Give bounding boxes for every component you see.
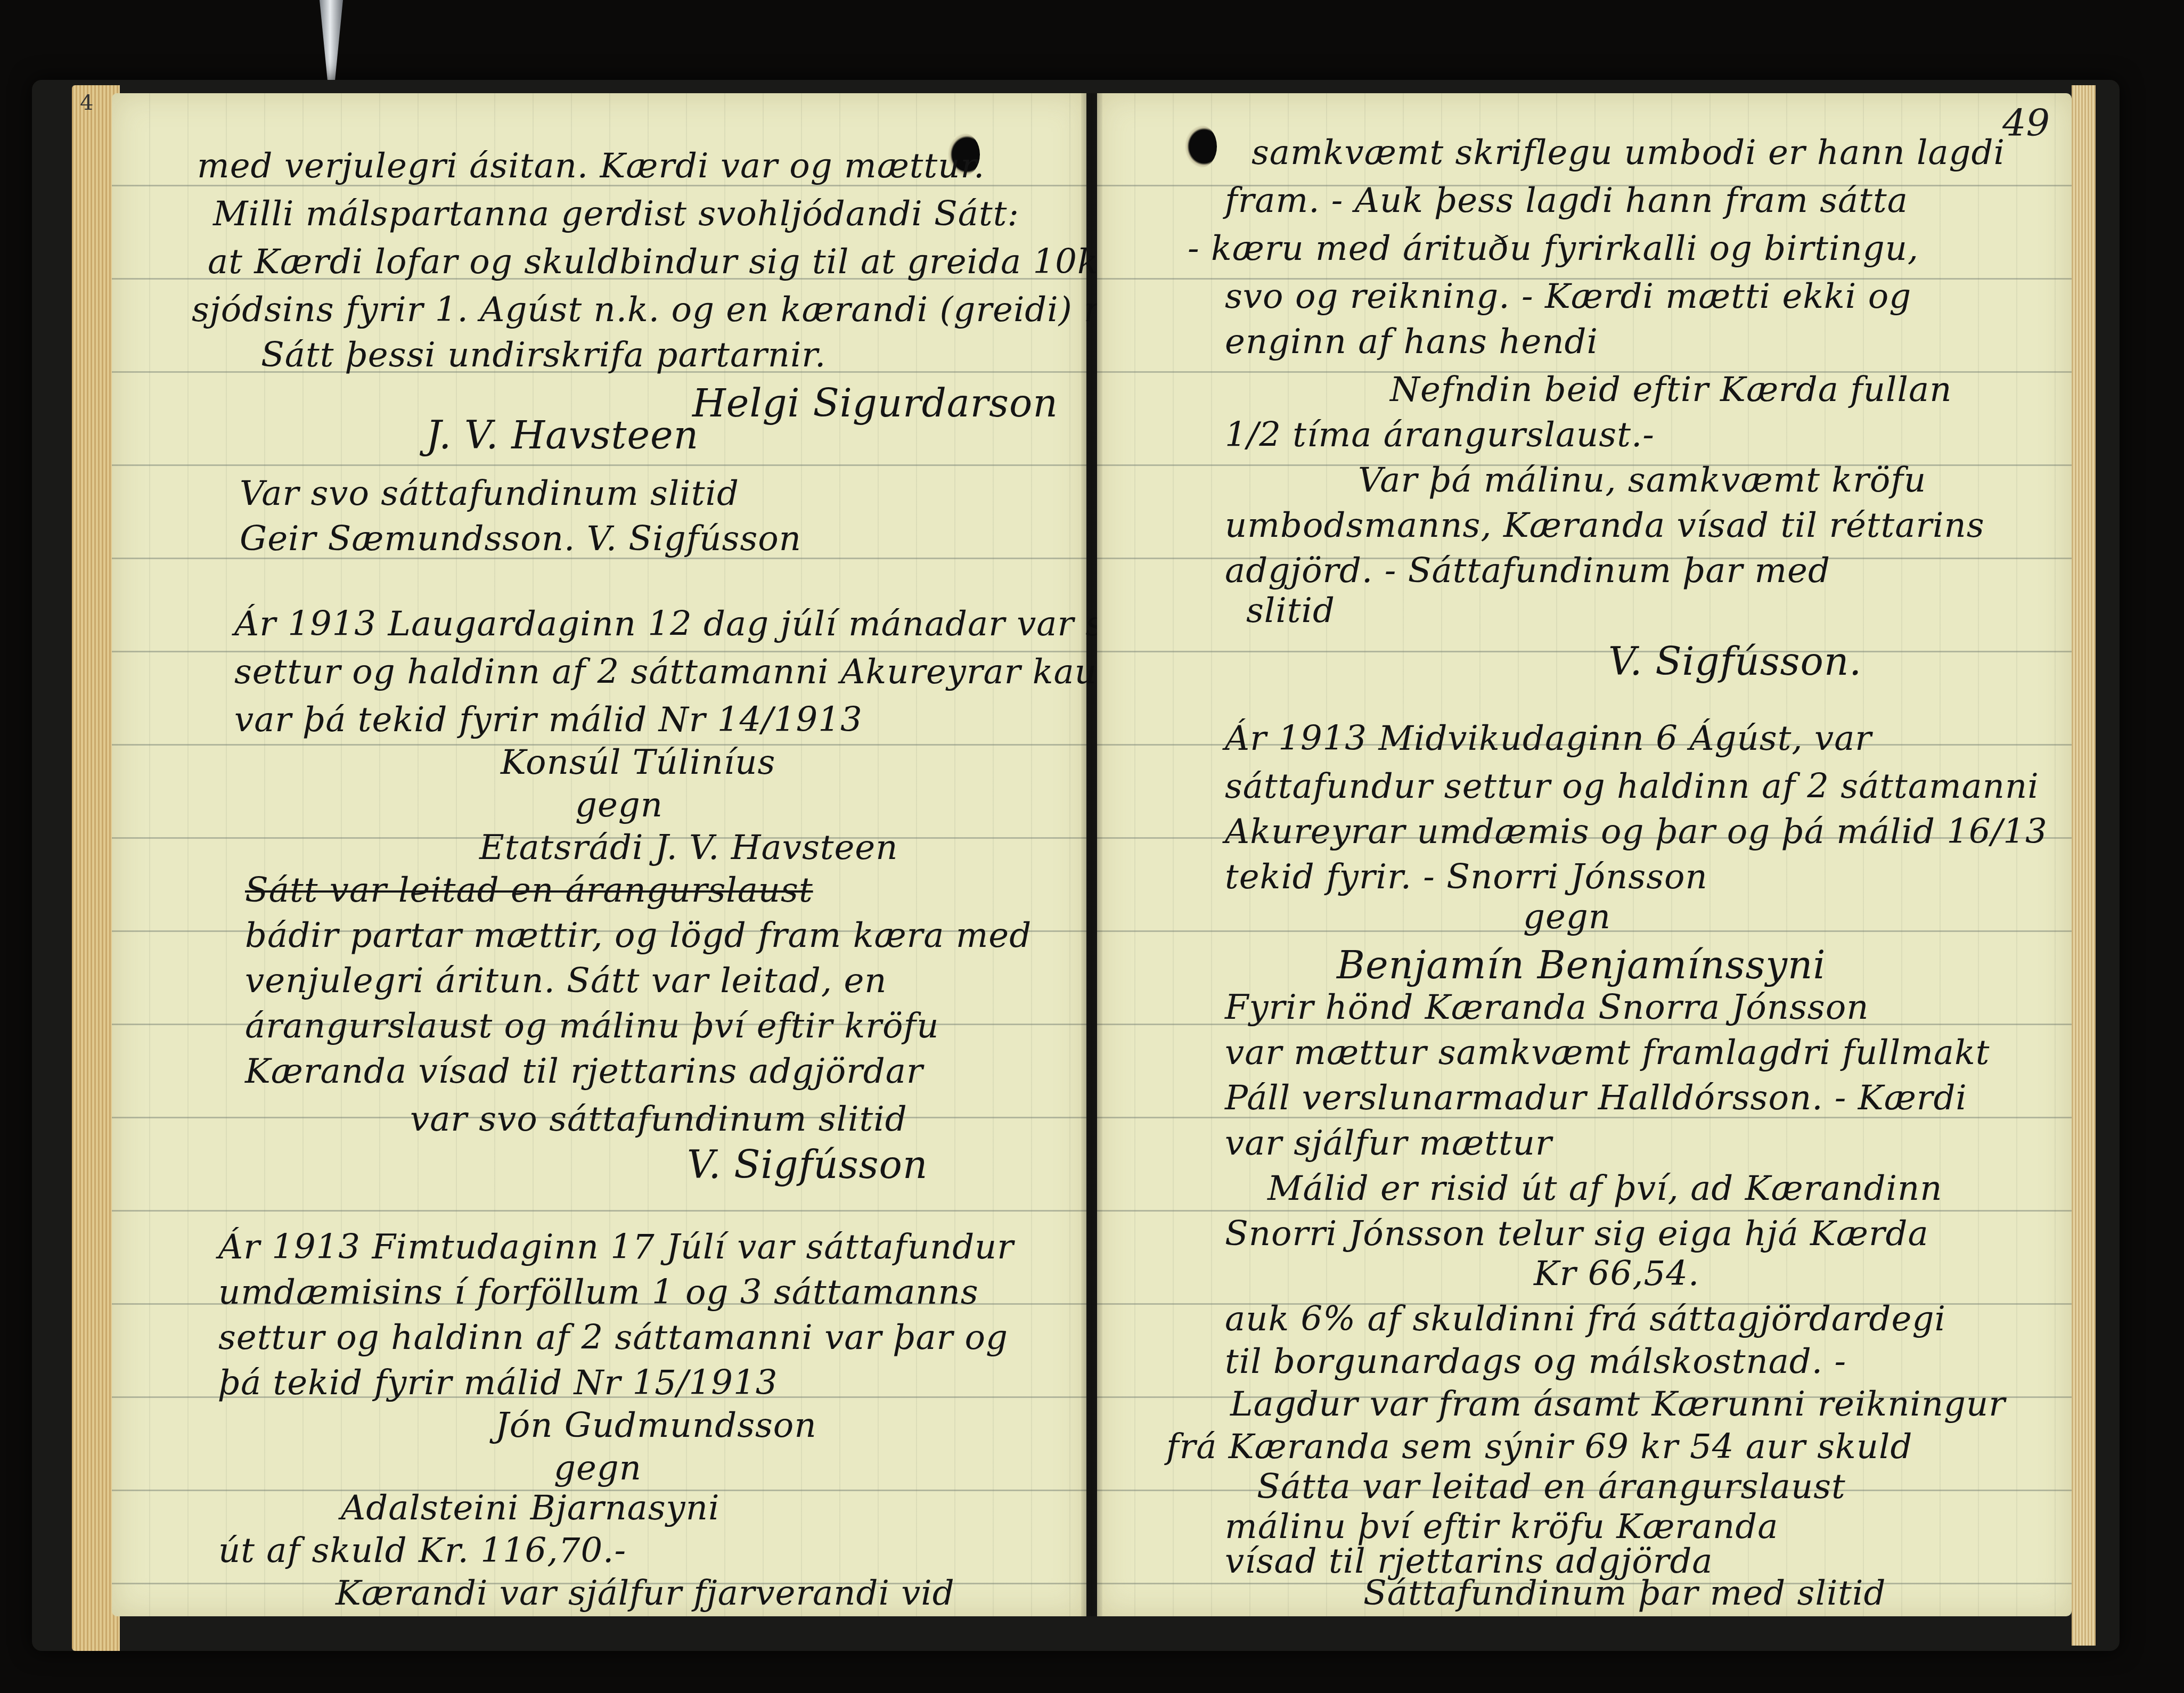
text-line: þá tekid fyrir málid Nr 15/1913 xyxy=(218,1363,778,1403)
text-line: Snorri Jónsson telur sig eiga hjá Kærda xyxy=(1225,1214,1929,1254)
text-line: Milli málspartanna gerdist svohljódandi … xyxy=(213,194,1019,234)
signature-sigfusson: V. Sigfússon. xyxy=(1608,639,1862,684)
text-line: 1/2 tíma árangurslaust.- xyxy=(1225,415,1655,455)
text-line: umbodsmanns, Kæranda vísad til réttarins xyxy=(1225,506,1985,545)
text-line: var svo sáttafundinum slitid xyxy=(410,1100,907,1139)
signature-havsteen: J. V. Havsteen xyxy=(426,413,699,457)
text-line: umdæmisins í forföllum 1 og 3 sáttamanns xyxy=(218,1273,979,1312)
page-edges-right xyxy=(2072,85,2096,1646)
text-line: venjulegri áritun. Sátt var leitad, en xyxy=(245,961,887,1001)
text-line: Sáttafundinum þar med slitid xyxy=(1363,1574,1886,1613)
party-name: Jón Gudmundsson xyxy=(495,1406,817,1445)
text-line: málinu því eftir kröfu Kæranda xyxy=(1225,1507,1778,1547)
text-line: árangurslaust og málinu því eftir kröfu xyxy=(245,1007,939,1046)
gegn-label: gegn xyxy=(554,1449,642,1488)
struck-text-line: Sátt var leitad en árangurslaust xyxy=(245,871,813,910)
text-line: Akureyrar umdæmis og þar og þá málid 16/… xyxy=(1225,812,2048,852)
text-line: Var þá málinu, samkvæmt kröfu xyxy=(1358,461,1926,500)
left-page: 4 med verjulegri ásitan. Kærdi var og mæ… xyxy=(112,93,1086,1616)
text-line: Ár 1913 Fimtudaginn 17 Júlí var sáttafun… xyxy=(218,1228,1014,1267)
text-line: Sátta var leitad en árangurslaust xyxy=(1257,1467,1846,1507)
text-line: var þá tekid fyrir málid Nr 14/1913 xyxy=(234,700,863,740)
text-line: fram. - Auk þess lagdi hann fram sátta xyxy=(1225,181,1908,220)
text-line: Sátt þessi undirskrifa partarnir. xyxy=(261,336,826,375)
text-line: samkvæmt skriflegu umbodi er hann lagdi xyxy=(1251,133,2005,173)
text-line: Fyrir hönd Kæranda Snorra Jónsson xyxy=(1225,988,1869,1027)
amount: Kr 66,54. xyxy=(1534,1254,1699,1294)
party-name: Adalsteini Bjarnasyni xyxy=(341,1488,719,1528)
party-name: Konsúl Túliníus xyxy=(501,743,775,782)
text-line: til borgunardags og málskostnad. - xyxy=(1225,1342,1846,1381)
text-line: Var svo sáttafundinum slitid xyxy=(240,474,739,513)
text-line: enginn af hans hendi xyxy=(1225,322,1598,362)
text-line: bádir partar mættir, og lögd fram kæra m… xyxy=(245,916,1032,955)
corner-mark: 4 xyxy=(80,91,93,115)
text-line: adgjörd. - Sáttafundinum þar med xyxy=(1225,551,1830,591)
text-line: Ár 1913 Midvikudaginn 6 Ágúst, var xyxy=(1225,719,1872,758)
party-name: Benjamín Benjamínssyni xyxy=(1337,943,1826,987)
signature-sigfusson: V. Sigfússon xyxy=(687,1142,928,1187)
book-spine xyxy=(1081,93,1102,1616)
text-line: Nefndin beid eftir Kærda fullan xyxy=(1390,370,1952,410)
right-page: 49 samkvæmt skriflegu umbodi er hann lag… xyxy=(1097,93,2072,1616)
text-line: settur og haldinn af 2 sáttamanni var þa… xyxy=(218,1318,1008,1357)
text-line: - kæru med árituðu fyrirkalli og birting… xyxy=(1188,229,1919,268)
text-line: Lagdur var fram ásamt Kærunni reikningur xyxy=(1230,1385,2006,1424)
text-line: Kæranda vísad til rjettarins adgjördar xyxy=(245,1052,923,1091)
signature-helgi: Helgi Sigurdarson xyxy=(692,381,1058,426)
gegn-label: gegn xyxy=(575,786,663,825)
text-line: auk 6% af skuldinni frá sáttagjördardegi xyxy=(1225,1299,1946,1339)
text-line: Geir Sæmundsson. V. Sigfússon xyxy=(240,519,801,559)
text-line: var sjálfur mættur xyxy=(1225,1124,1552,1163)
text-line: svo og reikning. - Kærdi mætti ekki og xyxy=(1225,277,1911,316)
text-line: sáttafundur settur og haldinn af 2 sátta… xyxy=(1225,767,2039,806)
text-line: Málid er risid út af því, ad Kærandinn xyxy=(1267,1169,1942,1208)
text-line: Páll verslunarmadur Halldórsson. - Kærdi xyxy=(1225,1078,1967,1118)
page-number: 49 xyxy=(2002,101,2050,145)
party-name: Etatsrádi J. V. Havsteen xyxy=(479,828,898,868)
text-line: var mættur samkvæmt framlagdri fullmakt xyxy=(1225,1033,1990,1073)
gegn-label: gegn xyxy=(1523,897,1611,937)
text-line: út af skuld Kr. 116,70.- xyxy=(218,1531,626,1571)
text-line: slitid xyxy=(1246,591,1335,631)
text-line: Kærandi var sjálfur fjarverandi vid xyxy=(336,1574,955,1613)
text-line: med verjulegri ásitan. Kærdi var og mætt… xyxy=(197,146,985,186)
punch-hole-right xyxy=(1185,125,1217,168)
text-line: frá Kæranda sem sýnir 69 kr 54 aur skuld xyxy=(1166,1427,1912,1467)
text-line: tekid fyrir. - Snorri Jónsson xyxy=(1225,857,1708,897)
